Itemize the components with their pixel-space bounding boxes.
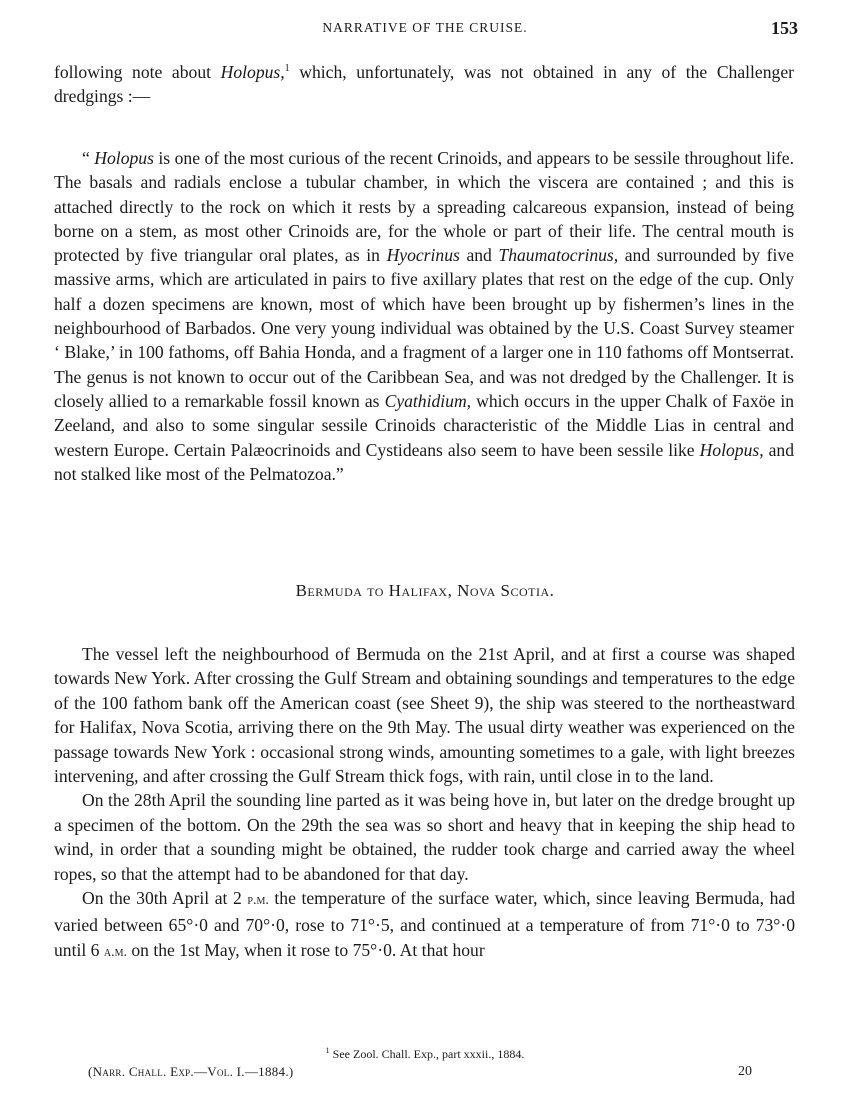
running-head: NARRATIVE OF THE CRUISE. 153 (0, 18, 850, 42)
quote-italic-2: Hyocrinus (387, 245, 460, 265)
signature-mark: (Narr. Chall. Exp.—Vol. I.—1884.) (88, 1064, 294, 1080)
paragraph-3: On the 30th April at 2 p.m. the temperat… (54, 886, 795, 965)
quote-italic-3: Thaumatocrinus, (498, 245, 618, 265)
page-number: 153 (771, 18, 798, 39)
signature-number: 20 (738, 1064, 752, 1080)
paragraph-3-a: On the 30th April at 2 (82, 888, 247, 908)
holopus-quote: “ Holopus is one of the most curious of … (54, 146, 794, 486)
footnote: 1 See Zool. Chall. Exp., part xxxii., 18… (0, 1047, 850, 1062)
quote-text-2: and (460, 245, 499, 265)
paragraph-2: On the 28th April the sounding line part… (54, 788, 795, 886)
paragraph-1: The vessel left the neighbourhood of Ber… (54, 642, 795, 788)
quote-italic-4: Cyathidium, (385, 391, 472, 411)
time-am: a.m. (104, 945, 127, 960)
document-page: NARRATIVE OF THE CRUISE. 153 following n… (0, 0, 850, 1100)
footnote-text: See Zool. Chall. Exp., part xxxii., 1884… (330, 1047, 525, 1061)
time-pm: p.m. (247, 893, 268, 908)
paragraph-3-c: on the 1st May, when it rose to 75°·0. A… (127, 940, 485, 960)
genus-holopus: Holopus, (221, 62, 285, 82)
section-heading: Bermuda to Halifax, Nova Scotia. (0, 581, 850, 601)
quote-italic-5: Holopus, (700, 440, 764, 460)
quote-open: “ (82, 148, 94, 168)
quote-text-3: and surrounded by five massive arms, whi… (54, 245, 794, 411)
intro-paragraph: following note about Holopus,1 which, un… (54, 60, 794, 109)
running-title: NARRATIVE OF THE CRUISE. (0, 20, 850, 36)
intro-text-1: following note about (54, 62, 221, 82)
section-body: The vessel left the neighbourhood of Ber… (54, 642, 795, 965)
quote-italic-1: Holopus (94, 148, 154, 168)
